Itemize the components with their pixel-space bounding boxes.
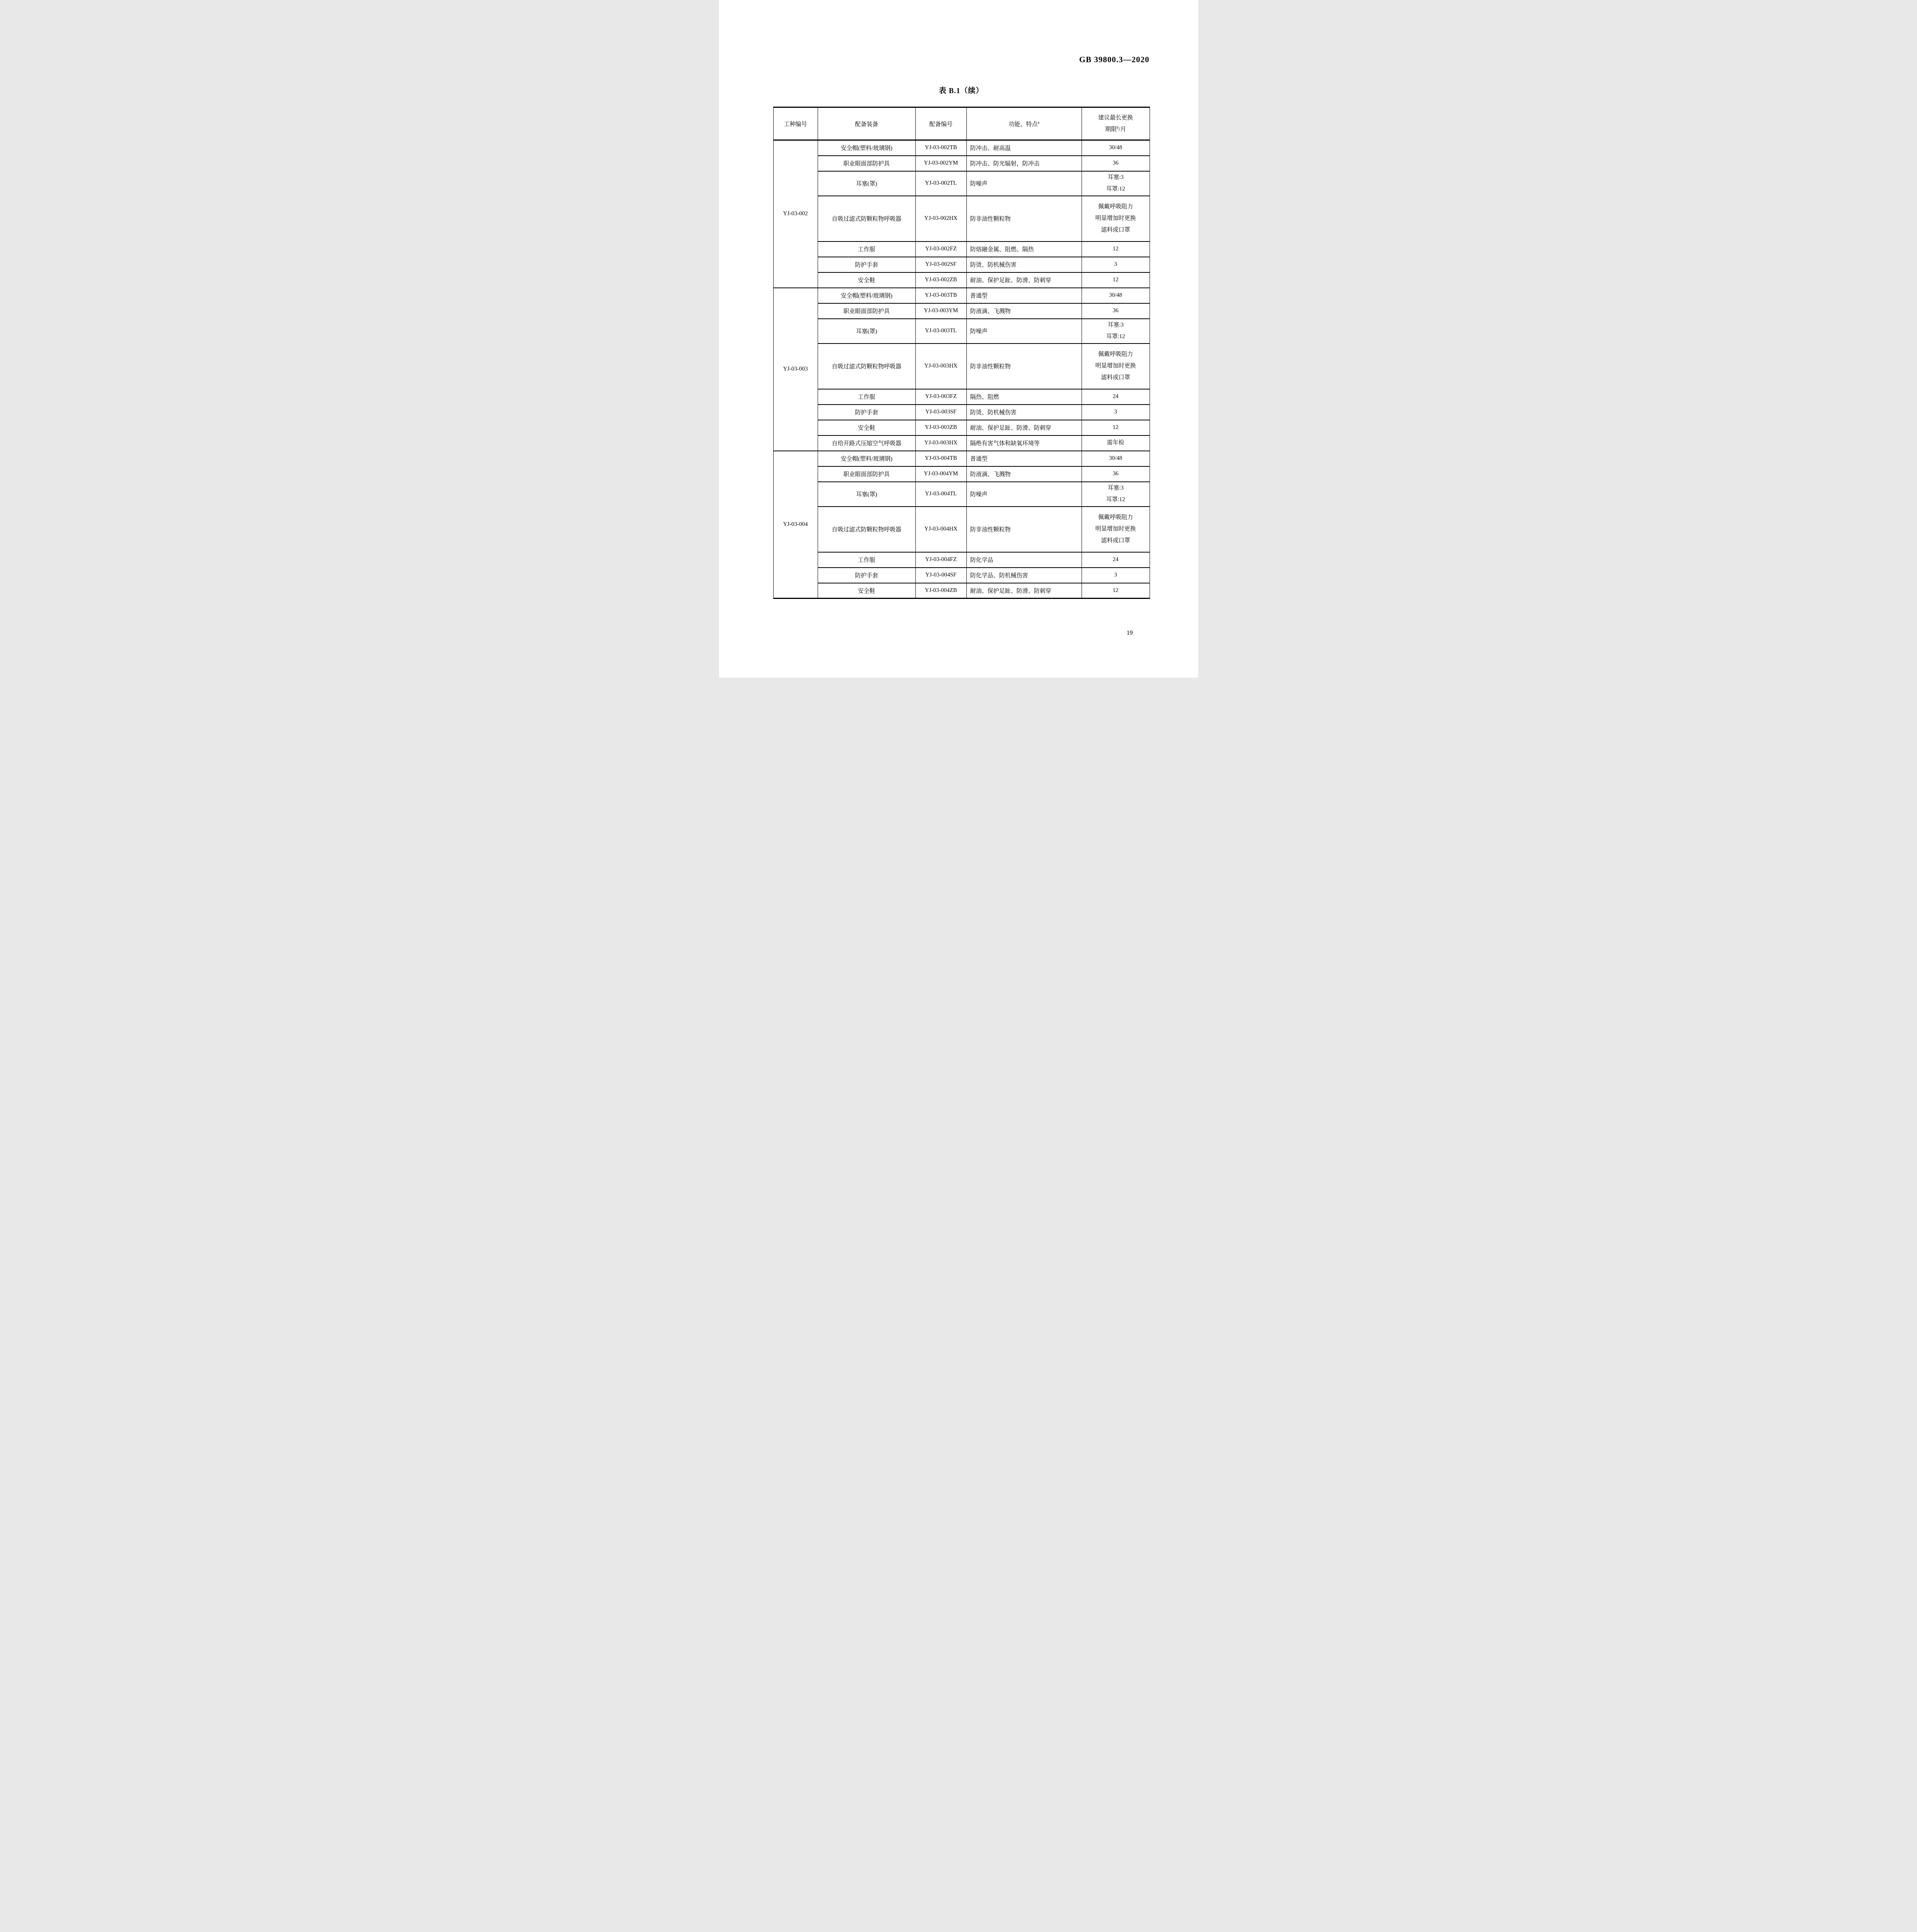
footnote-a-marker: a [1038,121,1039,125]
period-line: 36 [1084,308,1148,314]
header-equipment: 配备装备 [818,107,915,140]
table-row: 安全鞋YJ-03-003ZB耐油、保护足趾、防滑、防刺穿12 [773,420,1150,435]
function-cell: 耐油、保护足趾、防滑、防刺穿 [966,272,1082,288]
table-row: 耳塞(罩)YJ-03-004TL防噪声耳塞:3耳罩:12 [773,482,1150,507]
document-page: GB 39800.3—2020 表 B.1（续） 工种编号 配备装备 配备编号 … [719,0,1198,678]
code-cell: YJ-03-002ZB [915,272,966,288]
table-row: 自给开路式压缩空气呼吸器YJ-03-003HX隔绝有害气体和缺氧环境等需年检 [773,435,1150,451]
table-row: 自吸过滤式防颗粒物呼吸器YJ-03-003HX防非油性颗粒物佩戴呼吸阻力明显增加… [773,344,1150,389]
period-cell: 36 [1082,156,1150,171]
period-cell: 24 [1082,552,1150,568]
equipment-cell: 安全帽(塑料/玻璃钢) [818,451,915,466]
period-line: 30/48 [1084,455,1148,462]
period-line: 滤料或口罩 [1084,374,1148,381]
equipment-cell: 职业眼面部防护具 [818,466,915,482]
table-row: 职业眼面部防护具YJ-03-002YM防冲击、防光辐射，防冲击36 [773,156,1150,171]
code-cell: YJ-03-002FZ [915,241,966,257]
code-cell: YJ-03-003FZ [915,389,966,405]
period-line: 耳罩:12 [1084,186,1148,192]
code-cell: YJ-03-002TL [915,171,966,196]
table-row: 职业眼面部防护具YJ-03-003YM防液滴、飞溅物36 [773,303,1150,319]
table-row: 防护手套YJ-03-002SF防烫、防机械伤害3 [773,257,1150,272]
function-cell: 防冲击、耐高温 [966,140,1082,156]
code-cell: YJ-03-004TB [915,451,966,466]
code-cell: YJ-03-003TL [915,319,966,344]
code-cell: YJ-03-003HX [915,435,966,451]
period-cell: 12 [1082,583,1150,599]
period-cell: 36 [1082,303,1150,319]
function-cell: 防烫、防机械伤害 [966,257,1082,272]
code-cell: YJ-03-002TB [915,140,966,156]
code-cell: YJ-03-004TL [915,482,966,507]
function-cell: 防液滴、飞溅物 [966,466,1082,482]
period-cell: 耳塞:3耳罩:12 [1082,482,1150,507]
code-cell: YJ-03-002SF [915,257,966,272]
table-row: 工作服YJ-03-002FZ防熔融金属、阻燃、隔热12 [773,241,1150,257]
equipment-cell: 安全鞋 [818,583,915,599]
period-line: 耳塞:3 [1084,485,1148,492]
period-line: 12 [1084,246,1148,252]
period-line: 耳塞:3 [1084,322,1148,328]
equipment-cell: 安全鞋 [818,420,915,435]
page-number: 19 [1123,630,1136,637]
code-cell: YJ-03-003ZB [915,420,966,435]
function-cell: 防非油性颗粒物 [966,344,1082,389]
period-cell: 3 [1082,568,1150,583]
table-row: YJ-03-003安全帽(塑料/玻璃钢)YJ-03-003TB普通型30/48 [773,288,1150,303]
equipment-cell: 职业眼面部防护具 [818,156,915,171]
period-cell: 24 [1082,389,1150,405]
code-cell: YJ-03-004ZB [915,583,966,599]
period-cell: 36 [1082,466,1150,482]
function-cell: 防噪声 [966,319,1082,344]
table-row: 耳塞(罩)YJ-03-002TL防噪声耳塞:3耳罩:12 [773,171,1150,196]
table-row: 工作服YJ-03-003FZ隔热、阻燃24 [773,389,1150,405]
standard-number: GB 39800.3—2020 [1079,55,1150,65]
code-cell: YJ-03-003SF [915,405,966,420]
period-line: 3 [1084,409,1148,415]
code-cell: YJ-03-003YM [915,303,966,319]
equipment-cell: 自吸过滤式防颗粒物呼吸器 [818,507,915,552]
equipment-cell: 耳塞(罩) [818,171,915,196]
period-line: 12 [1084,277,1148,283]
period-line: 24 [1084,556,1148,563]
period-line: 3 [1084,261,1148,268]
function-cell: 防烫、防机械伤害 [966,405,1082,420]
table-row: 耳塞(罩)YJ-03-003TL防噪声耳塞:3耳罩:12 [773,319,1150,344]
code-cell: YJ-03-002YM [915,156,966,171]
equipment-cell: 职业眼面部防护具 [818,303,915,319]
period-cell: 需年检 [1082,435,1150,451]
period-cell: 30/48 [1082,288,1150,303]
code-cell: YJ-03-004YM [915,466,966,482]
equipment-cell: 安全帽(塑料/玻璃钢) [818,140,915,156]
equipment-table: 工种编号 配备装备 配备编号 功能、特点a 建议最长更换 期限b/月 YJ-03… [773,107,1150,599]
equipment-cell: 防护手套 [818,405,915,420]
table-row: 安全鞋YJ-03-002ZB耐油、保护足趾、防滑、防刺穿12 [773,272,1150,288]
header-job-code: 工种编号 [773,107,818,140]
table-row: 防护手套YJ-03-003SF防烫、防机械伤害3 [773,405,1150,420]
period-line: 耳罩:12 [1084,497,1148,503]
header-period-unit: /月 [1119,126,1126,133]
equipment-cell: 安全帽(塑料/玻璃钢) [818,288,915,303]
period-cell: 耳塞:3耳罩:12 [1082,171,1150,196]
equipment-cell: 工作服 [818,241,915,257]
code-cell: YJ-03-004FZ [915,552,966,568]
period-line: 明显增加时更换 [1084,363,1148,369]
period-line: 耳罩:12 [1084,333,1148,340]
period-cell: 12 [1082,241,1150,257]
group-id-cell: YJ-03-002 [773,140,818,288]
period-line: 佩戴呼吸阻力 [1084,351,1148,358]
table-row: 工作服YJ-03-004FZ防化学品24 [773,552,1150,568]
period-line: 耳塞:3 [1084,174,1148,181]
equipment-cell: 防护手套 [818,568,915,583]
period-line: 佩戴呼吸阻力 [1084,514,1148,521]
function-cell: 防熔融金属、阻燃、隔热 [966,241,1082,257]
period-line: 滤料或口罩 [1084,537,1148,544]
function-cell: 防噪声 [966,482,1082,507]
code-cell: YJ-03-002HX [915,196,966,241]
period-line: 3 [1084,572,1148,578]
period-cell: 30/48 [1082,140,1150,156]
function-cell: 防冲击、防光辐射，防冲击 [966,156,1082,171]
period-line: 明显增加时更换 [1084,526,1148,532]
equipment-cell: 工作服 [818,389,915,405]
table-row: 防护手套YJ-03-004SF防化学品、防机械伤害3 [773,568,1150,583]
period-line: 30/48 [1084,292,1148,299]
function-cell: 普通型 [966,288,1082,303]
header-equipment-code: 配备编号 [915,107,966,140]
period-line: 12 [1084,587,1148,594]
period-line: 36 [1084,160,1148,167]
header-period-text: 期限 [1105,126,1117,133]
code-cell: YJ-03-003HX [915,344,966,389]
period-line: 明显增加时更换 [1084,215,1148,222]
equipment-cell: 自给开路式压缩空气呼吸器 [818,435,915,451]
period-line: 24 [1084,393,1148,400]
function-cell: 隔绝有害气体和缺氧环境等 [966,435,1082,451]
table-row: YJ-03-004安全帽(塑料/玻璃钢)YJ-03-004TB普通型30/48 [773,451,1150,466]
period-cell: 耳塞:3耳罩:12 [1082,319,1150,344]
header-period-line1: 建议最长更换 [1084,115,1148,121]
group-id-cell: YJ-03-004 [773,451,818,599]
period-line: 滤料或口罩 [1084,227,1148,233]
equipment-cell: 耳塞(罩) [818,482,915,507]
period-line: 12 [1084,424,1148,431]
function-cell: 耐油、保护足趾、防滑、防刺穿 [966,583,1082,599]
function-cell: 防噪声 [966,171,1082,196]
period-line: 30/48 [1084,145,1148,151]
header-period: 建议最长更换 期限b/月 [1082,107,1150,140]
period-line: 36 [1084,471,1148,477]
function-cell: 防化学品、防机械伤害 [966,568,1082,583]
period-line: 佩戴呼吸阻力 [1084,204,1148,210]
period-cell: 3 [1082,405,1150,420]
period-cell: 12 [1082,272,1150,288]
code-cell: YJ-03-004SF [915,568,966,583]
equipment-cell: 工作服 [818,552,915,568]
equipment-cell: 自吸过滤式防颗粒物呼吸器 [818,344,915,389]
function-cell: 防非油性颗粒物 [966,507,1082,552]
period-cell: 12 [1082,420,1150,435]
function-cell: 耐油、保护足趾、防滑、防刺穿 [966,420,1082,435]
table-title: 表 B.1（续） [773,85,1150,95]
table-header: 工种编号 配备装备 配备编号 功能、特点a 建议最长更换 期限b/月 [773,107,1150,140]
function-cell: 普通型 [966,451,1082,466]
function-cell: 防液滴、飞溅物 [966,303,1082,319]
period-cell: 30/48 [1082,451,1150,466]
code-cell: YJ-03-003TB [915,288,966,303]
equipment-table-body: YJ-03-002安全帽(塑料/玻璃钢)YJ-03-002TB防冲击、耐高温30… [773,140,1150,599]
period-cell: 佩戴呼吸阻力明显增加时更换滤料或口罩 [1082,196,1150,241]
period-cell: 佩戴呼吸阻力明显增加时更换滤料或口罩 [1082,507,1150,552]
header-row: 工种编号 配备装备 配备编号 功能、特点a 建议最长更换 期限b/月 [773,107,1150,140]
group-id-cell: YJ-03-003 [773,288,818,451]
header-period-line2: 期限b/月 [1084,126,1148,133]
equipment-cell: 安全鞋 [818,272,915,288]
period-line: 需年检 [1084,440,1148,446]
table-row: 安全鞋YJ-03-004ZB耐油、保护足趾、防滑、防刺穿12 [773,583,1150,599]
table-row: 自吸过滤式防颗粒物呼吸器YJ-03-002HX防非油性颗粒物佩戴呼吸阻力明显增加… [773,196,1150,241]
code-cell: YJ-03-004HX [915,507,966,552]
equipment-cell: 耳塞(罩) [818,319,915,344]
equipment-cell: 自吸过滤式防颗粒物呼吸器 [818,196,915,241]
period-cell: 佩戴呼吸阻力明显增加时更换滤料或口罩 [1082,344,1150,389]
function-cell: 隔热、阻燃 [966,389,1082,405]
table-row: 职业眼面部防护具YJ-03-004YM防液滴、飞溅物36 [773,466,1150,482]
function-cell: 防非油性颗粒物 [966,196,1082,241]
period-cell: 3 [1082,257,1150,272]
table-row: 自吸过滤式防颗粒物呼吸器YJ-03-004HX防非油性颗粒物佩戴呼吸阻力明显增加… [773,507,1150,552]
equipment-cell: 防护手套 [818,257,915,272]
table-row: YJ-03-002安全帽(塑料/玻璃钢)YJ-03-002TB防冲击、耐高温30… [773,140,1150,156]
header-function: 功能、特点a [966,107,1082,140]
function-cell: 防化学品 [966,552,1082,568]
header-function-text: 功能、特点 [1009,121,1038,128]
